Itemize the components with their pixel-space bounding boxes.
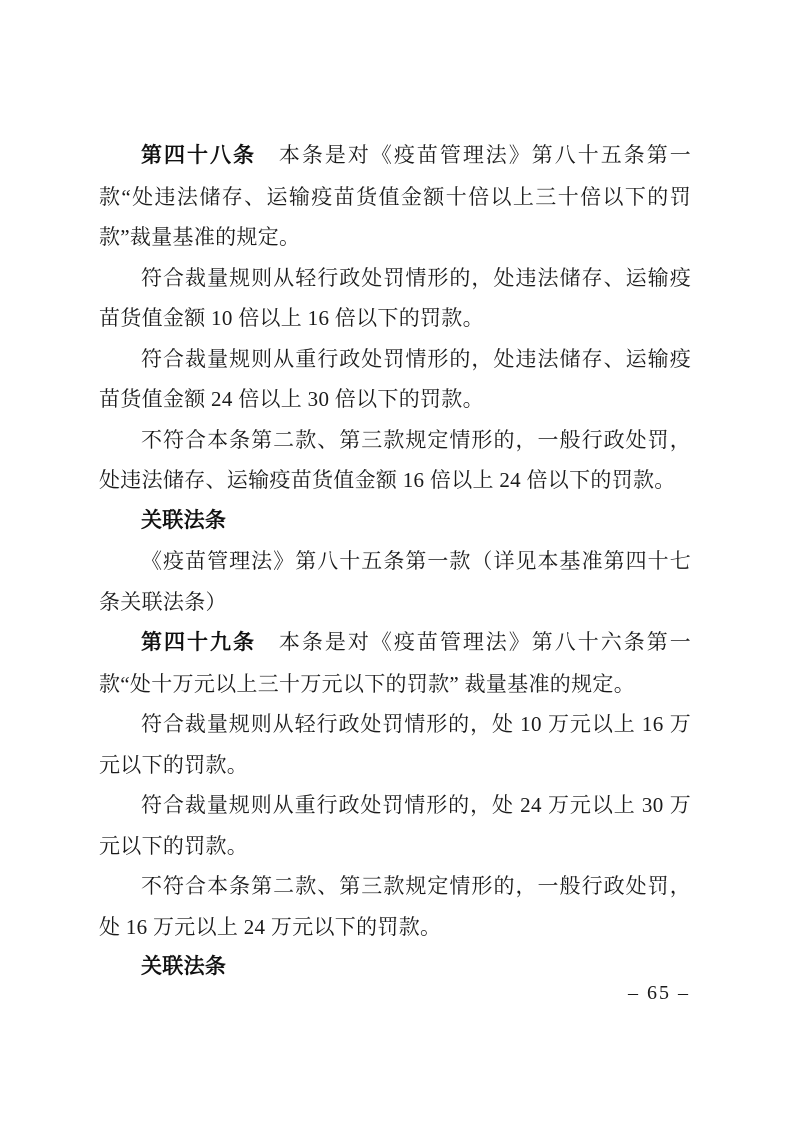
article-number: 第四十九条 bbox=[141, 631, 256, 654]
document-page: 第四十八条 本条是对《疫苗管理法》第八十五条第一款“处违法储存、运输疫苗货值金额… bbox=[0, 0, 793, 1122]
body-paragraph: 不符合本条第二款、第三款规定情形的，一般行政处罚，处 16 万元以上 24 万元… bbox=[99, 866, 691, 947]
body-paragraph: 符合裁量规则从重行政处罚情形的，处 24 万元以上 30 万元以下的罚款。 bbox=[99, 785, 691, 866]
body-paragraph: 符合裁量规则从轻行政处罚情形的，处 10 万元以上 16 万元以下的罚款。 bbox=[99, 704, 691, 785]
body-paragraph: 《疫苗管理法》第八十五条第一款（详见本基准第四十七条关联法条） bbox=[99, 541, 691, 622]
body-paragraph: 不符合本条第二款、第三款规定情形的，一般行政处罚，处违法储存、运输疫苗货值金额 … bbox=[99, 420, 691, 501]
section-heading: 关联法条 bbox=[99, 947, 691, 988]
section-heading: 关联法条 bbox=[99, 501, 691, 542]
article-paragraph: 第四十八条 本条是对《疫苗管理法》第八十五条第一款“处违法储存、运输疫苗货值金额… bbox=[99, 135, 691, 258]
body-paragraph: 符合裁量规则从重行政处罚情形的，处违法储存、运输疫苗货值金额 24 倍以上 30… bbox=[99, 339, 691, 420]
body-paragraph: 符合裁量规则从轻行政处罚情形的，处违法储存、运输疫苗货值金额 10 倍以上 16… bbox=[99, 258, 691, 339]
page-number: – 65 – bbox=[628, 981, 690, 1005]
article-paragraph: 第四十九条 本条是对《疫苗管理法》第八十六条第一款“处十万元以上三十万元以下的罚… bbox=[99, 622, 691, 704]
article-number: 第四十八条 bbox=[141, 144, 256, 167]
document-body: 第四十八条 本条是对《疫苗管理法》第八十五条第一款“处违法储存、运输疫苗货值金额… bbox=[99, 135, 691, 988]
